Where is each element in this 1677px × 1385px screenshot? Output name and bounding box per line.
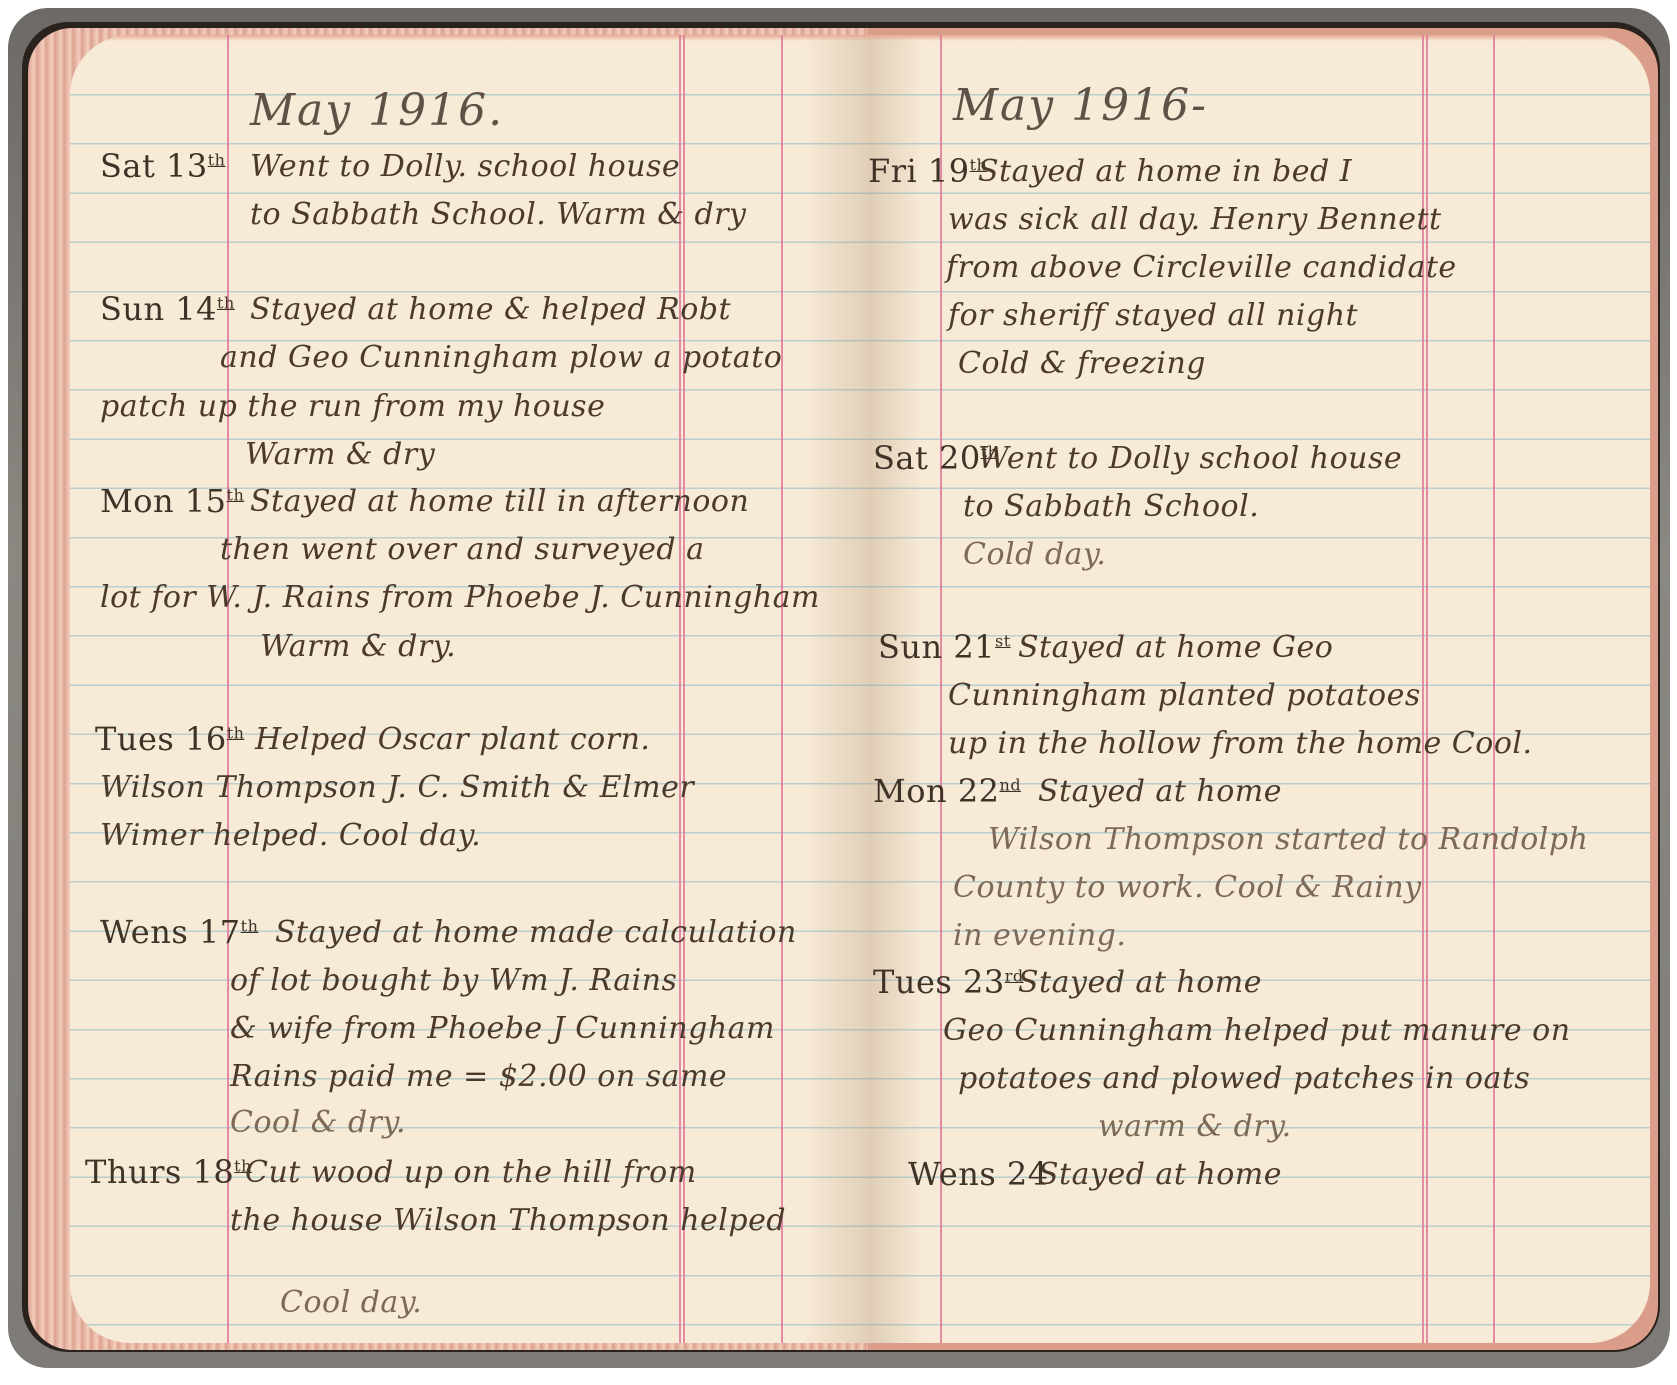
entry-line: Cold day. (963, 537, 1106, 572)
entry-line: potatoes and plowed patches in oats (958, 1061, 1530, 1096)
entry-line: in evening. (953, 918, 1126, 953)
entry-line: Stayed at home (1038, 1157, 1282, 1192)
margin-rule (227, 35, 229, 1343)
entry-date: Tues 23rd (873, 963, 1024, 1001)
entry-line: to Sabbath School. Warm & dry (250, 197, 746, 232)
entry-line: for sheriff stayed all night (948, 298, 1358, 333)
scanned-notebook: May 1916. Sat 13th Went to Dolly. school… (0, 0, 1677, 1385)
entry-date: Mon 15th (100, 482, 244, 520)
entry-line: County to work. Cool & Rainy (953, 870, 1422, 905)
page-top-edge (868, 35, 1650, 41)
entry-line: lot for W. J. Rains from Phoebe J. Cunni… (100, 580, 820, 615)
entry-line: was sick all day. Henry Bennett (948, 202, 1442, 237)
entry-date: Sun 21st (878, 628, 1011, 666)
entry-line: Warm & dry. (260, 629, 456, 664)
entry-line: Geo Cunningham helped put manure on (943, 1013, 1571, 1048)
page-heading: May 1916. (250, 85, 504, 136)
entry-line: Stayed at home (1018, 965, 1262, 1000)
entry-date: Fri 19th (868, 152, 987, 190)
entry-line: Cunningham planted potatoes (948, 678, 1421, 713)
entry-date: Sat 13th (100, 147, 225, 185)
entry-line: patch up the run from my house (100, 389, 605, 424)
column-rule (1493, 35, 1495, 1343)
entry-line: then went over and surveyed a (220, 532, 705, 567)
entry-line: Cool & dry. (230, 1105, 406, 1140)
page-top-edge (70, 35, 868, 41)
entry-date: Tues 16th (95, 720, 244, 758)
column-rule (781, 35, 783, 1343)
right-page: May 1916- Fri 19th Stayed at home in bed… (868, 35, 1650, 1343)
entry-line: Stayed at home (1038, 774, 1282, 809)
entry-line: Wilson Thompson J. C. Smith & Elmer (100, 770, 694, 805)
entry-date: Mon 22nd (873, 772, 1021, 810)
entry-line: Went to Dolly. school house (250, 149, 680, 184)
entry-line: Rains paid me = $2.00 on same (230, 1059, 727, 1094)
entry-line: Wimer helped. Cool day. (100, 818, 481, 853)
entry-line: Cut wood up on the hill from (245, 1155, 697, 1190)
entry-line: Stayed at home made calculation (275, 915, 797, 950)
entry-line: Wilson Thompson started to Randolph (988, 822, 1588, 857)
left-page: May 1916. Sat 13th Went to Dolly. school… (70, 35, 868, 1343)
entry-line: Stayed at home & helped Robt (250, 292, 731, 327)
entry-line: Warm & dry (245, 437, 435, 472)
entry-date: Wens 24 (908, 1155, 1049, 1193)
entry-date: Wens 17th (100, 913, 258, 951)
entry-line: to Sabbath School. (963, 489, 1259, 524)
entry-line: the house Wilson Thompson helped (230, 1203, 786, 1238)
entry-line: Went to Dolly school house (978, 441, 1402, 476)
entry-line: and Geo Cunningham plow a potato (220, 340, 782, 375)
entry-line: warm & dry. (1098, 1109, 1292, 1144)
entry-line: from above Circleville candidate (946, 250, 1457, 285)
entry-date: Thurs 18th (85, 1153, 252, 1191)
entry-line: of lot bought by Wm J. Rains (230, 963, 677, 998)
entry-line: Cold & freezing (958, 346, 1206, 381)
margin-rule (940, 35, 942, 1343)
entry-line: up in the hollow from the home Cool. (948, 726, 1533, 761)
entry-line: Cool day. (280, 1285, 422, 1320)
entry-line: Stayed at home in bed I (978, 154, 1352, 189)
page-heading: May 1916- (953, 80, 1208, 131)
entry-line: Helped Oscar plant corn. (255, 722, 650, 757)
entry-date: Sun 14th (100, 290, 235, 328)
entry-line: Stayed at home Geo (1018, 630, 1333, 665)
entry-line: & wife from Phoebe J Cunningham (230, 1011, 775, 1046)
entry-line: Stayed at home till in afternoon (250, 484, 749, 519)
